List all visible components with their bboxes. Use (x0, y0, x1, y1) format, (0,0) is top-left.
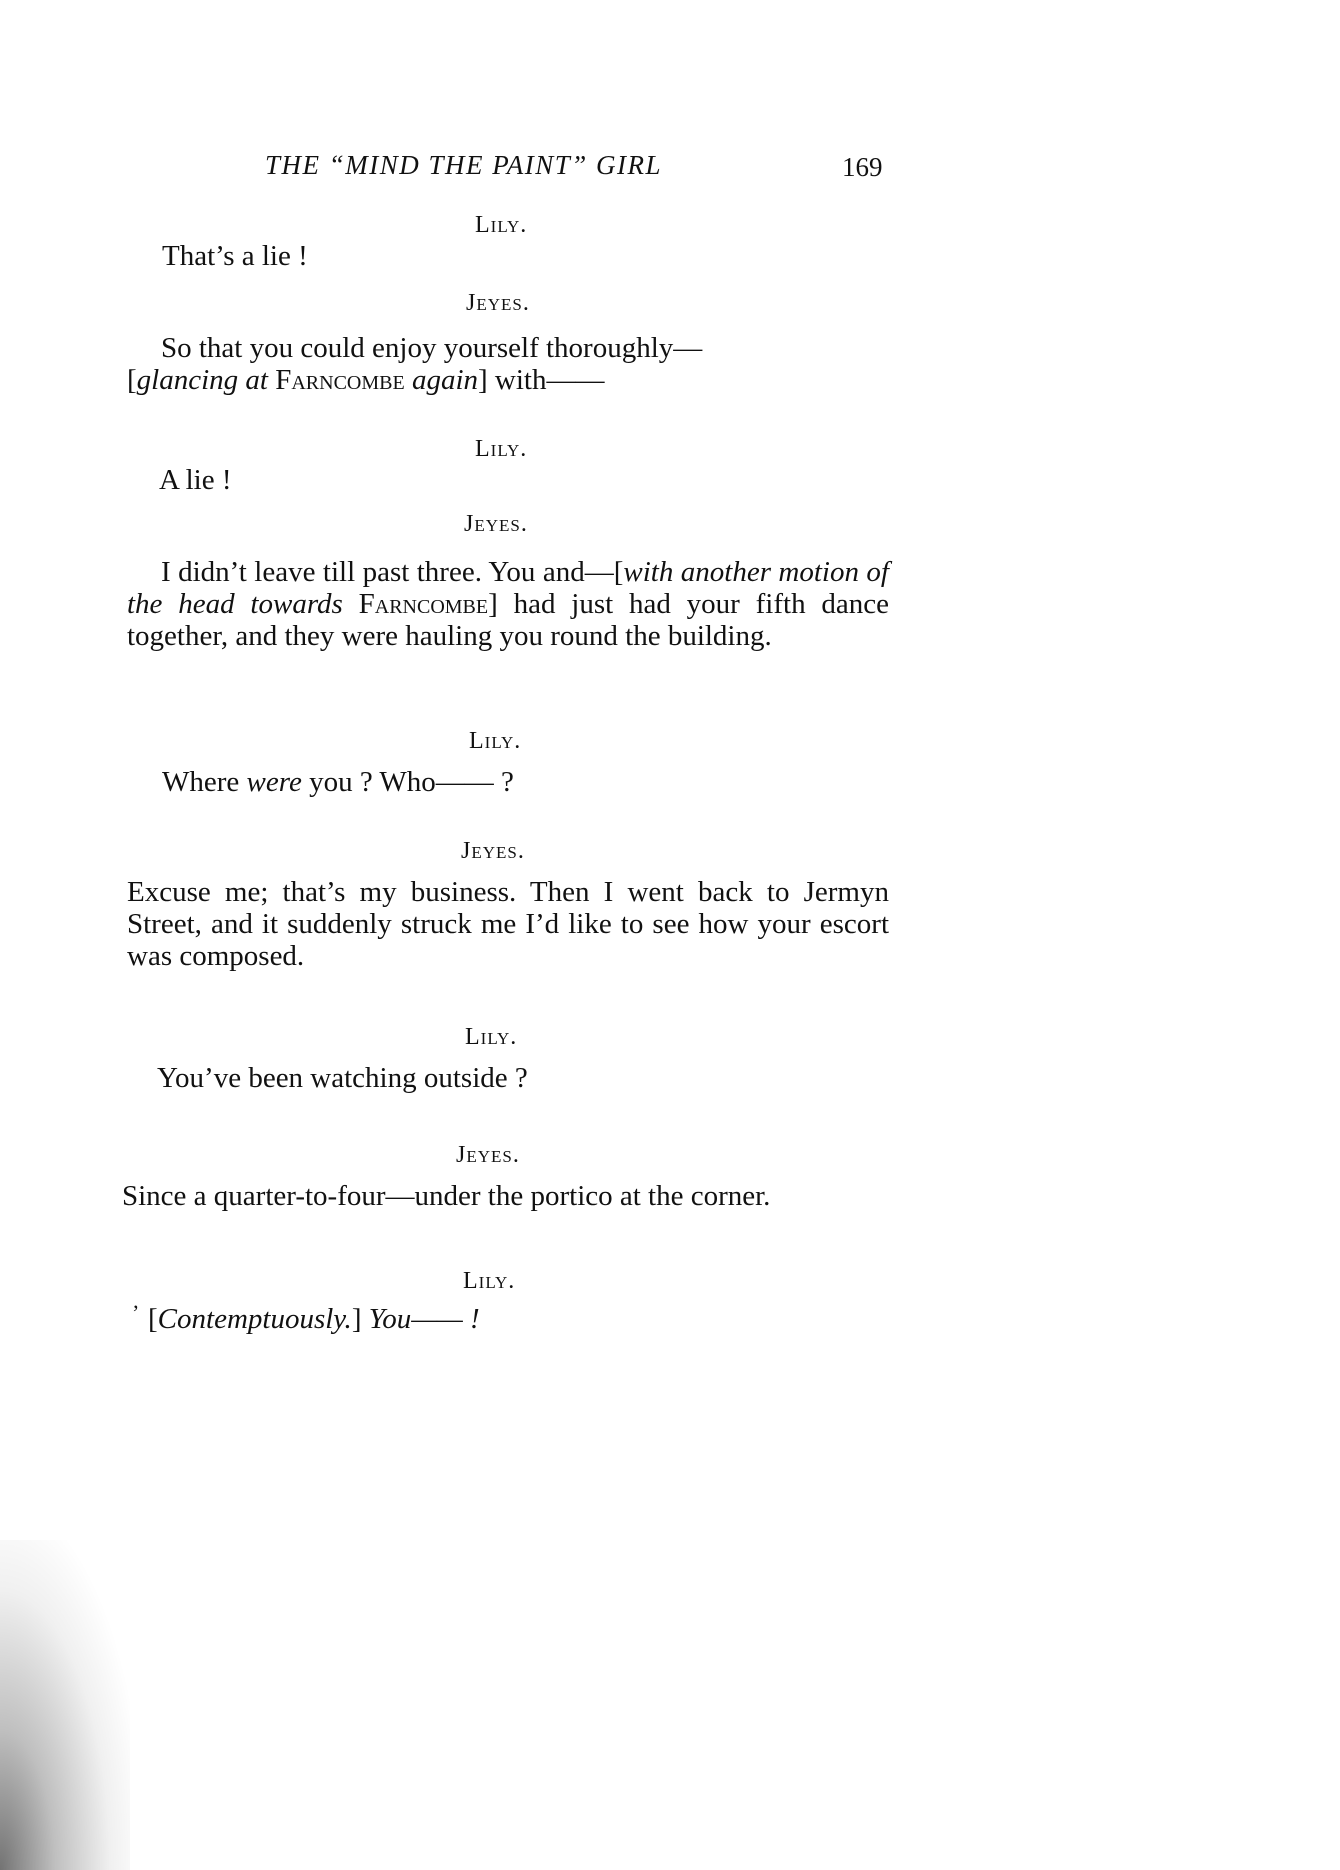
speaker-name: Jeyes. (464, 511, 528, 538)
bracket: [ (127, 364, 137, 396)
speaker-name: Lily. (475, 212, 527, 239)
running-title: THE “MIND THE PAINT” GIRL (265, 150, 662, 181)
emphasis: were (247, 766, 302, 798)
dialogue-line: [Contemptuously.] You—— ! (148, 1303, 480, 1336)
dialogue-paragraph: Excuse me; that’s my business. Then I we… (127, 876, 889, 972)
dialogue-line: Since a quarter-to-four—under the portic… (122, 1180, 770, 1212)
speaker-name: Lily. (463, 1268, 515, 1295)
bracket: [ (148, 1303, 158, 1335)
stage-direction: Contemptuously. (158, 1303, 352, 1335)
dialogue-line: That’s a lie ! (162, 240, 308, 273)
dialogue-paragraph: Since a quarter-to-four—under the portic… (122, 1180, 884, 1212)
text: you ? Who—— ? (302, 766, 514, 798)
speaker-name: Jeyes. (456, 1142, 520, 1169)
character-ref: Farncombe (275, 364, 404, 396)
dialogue-line: ] with—— (478, 364, 604, 396)
dialogue-line: Where were you ? Who—— ? (162, 766, 514, 799)
speaker-name: Lily. (475, 436, 527, 463)
emphasis: You—— ! (369, 1303, 480, 1335)
ink-mark: ’ (132, 1300, 139, 1326)
dialogue-line: So that you could enjoy yourself thoroug… (127, 332, 889, 364)
dialogue-paragraph: So that you could enjoy yourself thoroug… (127, 332, 889, 396)
dialogue-line: I didn’t leave till past three. You and—… (127, 556, 623, 588)
stage-direction: again (405, 364, 478, 396)
speaker-name: Jeyes. (466, 290, 530, 317)
dialogue-line: A lie ! (159, 464, 232, 497)
speaker-name: Jeyes. (461, 838, 525, 865)
scan-noise (0, 1540, 130, 1870)
speaker-name: Lily. (469, 728, 521, 755)
character-ref: Farncombe (359, 588, 488, 620)
text: Where (162, 766, 247, 798)
dialogue-line: Excuse me; that’s my business. Then I we… (127, 876, 889, 972)
dialogue-paragraph: I didn’t leave till past three. You and—… (127, 556, 889, 652)
book-page: THE “MIND THE PAINT” GIRL 169 Lily. That… (0, 0, 1340, 1870)
bracket: ] (352, 1303, 369, 1335)
dialogue-line: You’ve been watching outside ? (157, 1062, 528, 1095)
stage-direction: glancing at (137, 364, 276, 396)
speaker-name: Lily. (465, 1024, 517, 1051)
page-number: 169 (842, 152, 883, 183)
